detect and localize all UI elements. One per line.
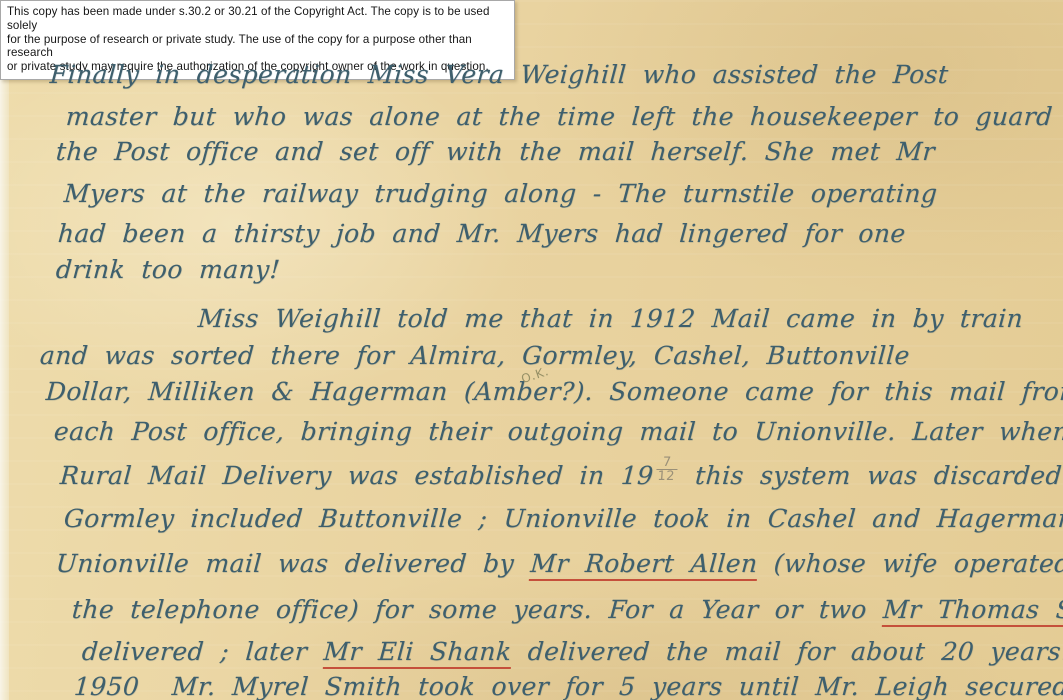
manuscript-line: the Post office and set off with the mai… [55, 137, 936, 166]
handwritten-text: master but who was alone at the time lef… [65, 102, 1054, 131]
manuscript-line: the telephone office) for some years. Fo… [71, 595, 1063, 624]
red-underlined-name: Mr Thomas Sinfield [882, 595, 1063, 627]
manuscript-line: Unionville mail was delivered by Mr Robe… [55, 549, 1063, 578]
handwritten-text: drink too many! [55, 255, 281, 284]
handwritten-text: this system was discarded [678, 461, 1063, 490]
handwritten-text: Gormley included Buttonville ; Unionvill… [63, 504, 1063, 533]
handwritten-text: the Post office and set off with the mai… [55, 137, 936, 166]
manuscript-line: master but who was alone at the time lef… [65, 102, 1054, 131]
handwritten-text: Unionville mail was delivered by [55, 549, 532, 578]
manuscript-line: had been a thirsty job and Mr. Myers had… [57, 219, 907, 248]
manuscript-line: Myers at the railway trudging along - Th… [63, 179, 938, 208]
red-underlined-name: Mr Eli Shank [322, 637, 512, 669]
handwritten-text: 1950 [73, 672, 173, 700]
handwritten-text: Myers at the railway trudging along - Th… [63, 179, 938, 208]
manuscript-line: each Post office, bringing their outgoin… [53, 417, 1063, 446]
red-underlined-name: Mr. Myrel Smith [171, 672, 403, 700]
manuscript-line: Miss Weighill told me that in 1912 Mail … [197, 304, 1024, 333]
handwritten-text: each Post office, bringing their outgoin… [53, 417, 1063, 446]
handwritten-text: (whose wife operated [757, 549, 1063, 578]
manuscript-line: 1950 Mr. Myrel Smith took over for 5 yea… [73, 672, 1063, 700]
copyright-notice-line: for the purpose of research or private s… [7, 33, 509, 61]
manuscript-line: Gormley included Buttonville ; Unionvill… [63, 504, 1063, 533]
copyright-notice-line: This copy has been made under s.30.2 or … [7, 5, 509, 33]
manuscript-line: and was sorted there for Almira, Gormley… [39, 341, 911, 370]
handwritten-text: delivered the mail for about 20 years. I… [510, 637, 1063, 666]
scanned-manuscript-page: This copy has been made under s.30.2 or … [0, 0, 1063, 700]
handwritten-text: Miss Weighill told me that in 1912 Mail … [197, 304, 1024, 333]
pencil-year-correction: 712 [655, 456, 678, 483]
handwritten-text: delivered ; later [81, 637, 325, 666]
handwritten-text: Dollar, Milliken & Hagerman (Amber?). So… [45, 377, 1063, 406]
handwritten-text: Rural Mail Delivery was established in 1… [59, 461, 655, 490]
handwritten-text: and was sorted there for Almira, Gormley… [39, 341, 911, 370]
handwritten-text: Finally in desperation Miss Vera Weighil… [49, 60, 949, 89]
handwritten-text: the telephone office) for some years. Fo… [71, 595, 884, 624]
red-underlined-name: Mr Robert Allen [529, 549, 758, 581]
manuscript-line: Dollar, Milliken & Hagerman (Amber?). So… [45, 377, 1063, 406]
manuscript-line: Rural Mail Delivery was established in 1… [59, 461, 1063, 491]
manuscript-line: delivered ; later Mr Eli Shank delivered… [81, 637, 1063, 666]
manuscript-line: Finally in desperation Miss Vera Weighil… [49, 60, 949, 89]
scan-edge-strip [0, 0, 9, 700]
manuscript-line: drink too many! [55, 255, 281, 284]
handwritten-text: took over for 5 years until Mr. Leigh se… [401, 672, 1063, 700]
handwritten-text: had been a thirsty job and Mr. Myers had… [57, 219, 907, 248]
